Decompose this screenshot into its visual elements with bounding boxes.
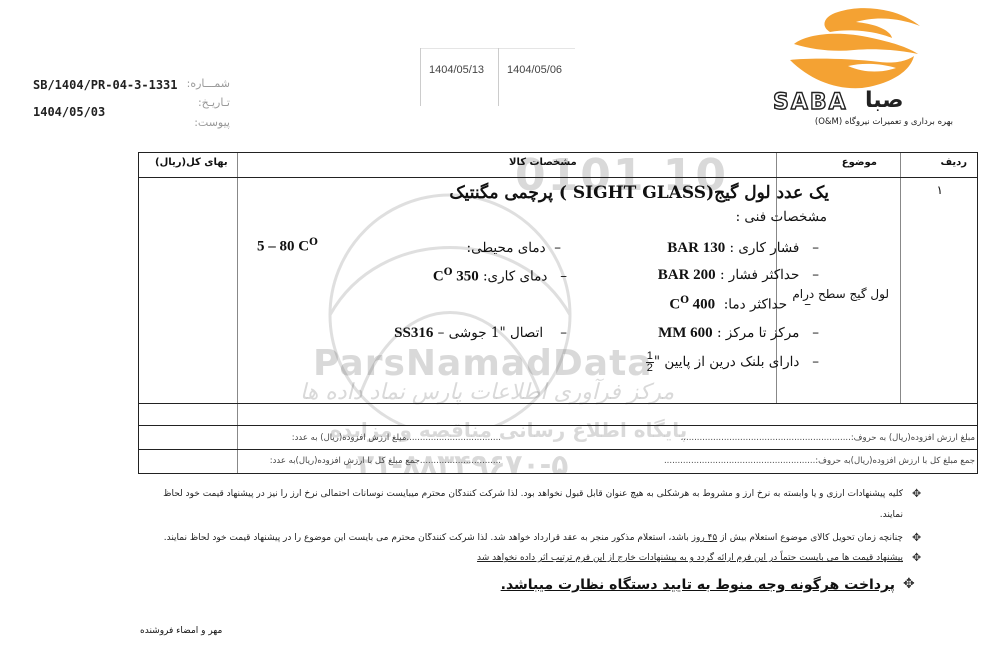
row-divider-2 [139, 425, 977, 426]
spec-working-pressure: – فشار کاری : 130 BAR [667, 240, 819, 257]
note-currency: کلیه پیشنهادات ارزی و یا وابسته به نرخ ا… [163, 489, 903, 499]
header-total-price: بهای کل(ریال) [155, 157, 228, 168]
saba-swirl-icon [780, 4, 930, 92]
bullet-icon: ✥ [912, 487, 921, 500]
note-currency-continuation: نمایند. [880, 510, 903, 520]
saba-logo-mark [780, 4, 930, 92]
bullet-icon: ✥ [912, 551, 921, 564]
items-table: ردیف موضوع مشخصات کالا بهای کل(ریال) ۱ ل… [138, 152, 978, 474]
spec-working-temperature: – دمای کاری: 350 CO [433, 267, 567, 286]
letter-date: 1404/05/03 [33, 105, 105, 119]
spec-max-pressure: – حداکثر فشار : 200 BAR [658, 267, 819, 284]
row-divider-1 [139, 403, 977, 404]
logo-subtitle: بهره برداری و تعمیرات نیروگاه (O&M) [773, 117, 953, 127]
spec-connection: – اتصال "1 جوشی – SS316 [394, 325, 567, 342]
attachment-label: پیوست: [165, 116, 230, 129]
fraction-half: 12 [646, 351, 654, 374]
bullet-icon: ✥ [903, 576, 915, 592]
vat-in-words: مبلغ ارزش افزوده(ریال) به حروف:.........… [515, 433, 975, 443]
total-in-words: جمع مبلغ کل با ارزش افزوده(ریال)به حروف:… [515, 456, 975, 466]
note-form-required: پیشنهاد قیمت ها می بایست حتماً در این فر… [477, 553, 903, 563]
spec-ambient-temperature: – دمای محیطی: [467, 240, 561, 256]
bullet-icon: ✥ [912, 531, 921, 544]
vat-in-number: ...................................مبلغ … [241, 433, 501, 443]
header-row-no: ردیف [940, 157, 967, 168]
item-title: یک عدد لول گیج(SIGHT GLASS ) پرچمی مگنتی… [449, 183, 829, 203]
spec-center-to-center: – مرکز تا مرکز : 600 MM [658, 325, 819, 342]
issue-date: 1404/05/06 [507, 64, 562, 76]
spec-drain-blank: – دارای بلنک درین از پایین "12 [646, 351, 819, 374]
row-divider-3 [139, 449, 977, 450]
letter-number: SB/1404/PR-04-3-1331 [33, 78, 178, 92]
spec-ambient-temperature-value: 5 – 80 CO [257, 237, 318, 256]
logo-latin: SABA [773, 90, 848, 115]
total-in-number: ..............................جمع مبلغ ک… [241, 456, 501, 466]
header-specs: مشخصات کالا [509, 157, 577, 168]
spec-max-temperature: – حداکثر دما: 400 CO [669, 295, 811, 314]
logo-persian: صبا [865, 88, 904, 113]
col-divider-subject [900, 153, 901, 403]
letter-number-label: شمـــاره: [165, 77, 230, 90]
date-box-2: 1404/05/06 [498, 48, 577, 106]
seller-signature-label: مهر و امضاء فروشنده [140, 626, 222, 636]
letter-date-label: تـاریـخ: [165, 96, 230, 109]
header-divider [139, 177, 977, 178]
note-delivery-time: چنانچه زمان تحویل کالای موضوع استعلام بی… [163, 533, 903, 543]
row-number: ۱ [937, 183, 943, 197]
saba-logotype: SABA صبا [773, 90, 953, 114]
deadline-date: 1404/05/13 [429, 64, 484, 76]
specs-heading: مشخصات فنی : [736, 209, 827, 225]
header-subject: موضوع [842, 157, 877, 168]
payment-note: پرداخت هرگونه وجه منوط به تایید دستگاه ن… [501, 577, 895, 593]
date-box-1: 1404/05/13 [420, 48, 499, 106]
